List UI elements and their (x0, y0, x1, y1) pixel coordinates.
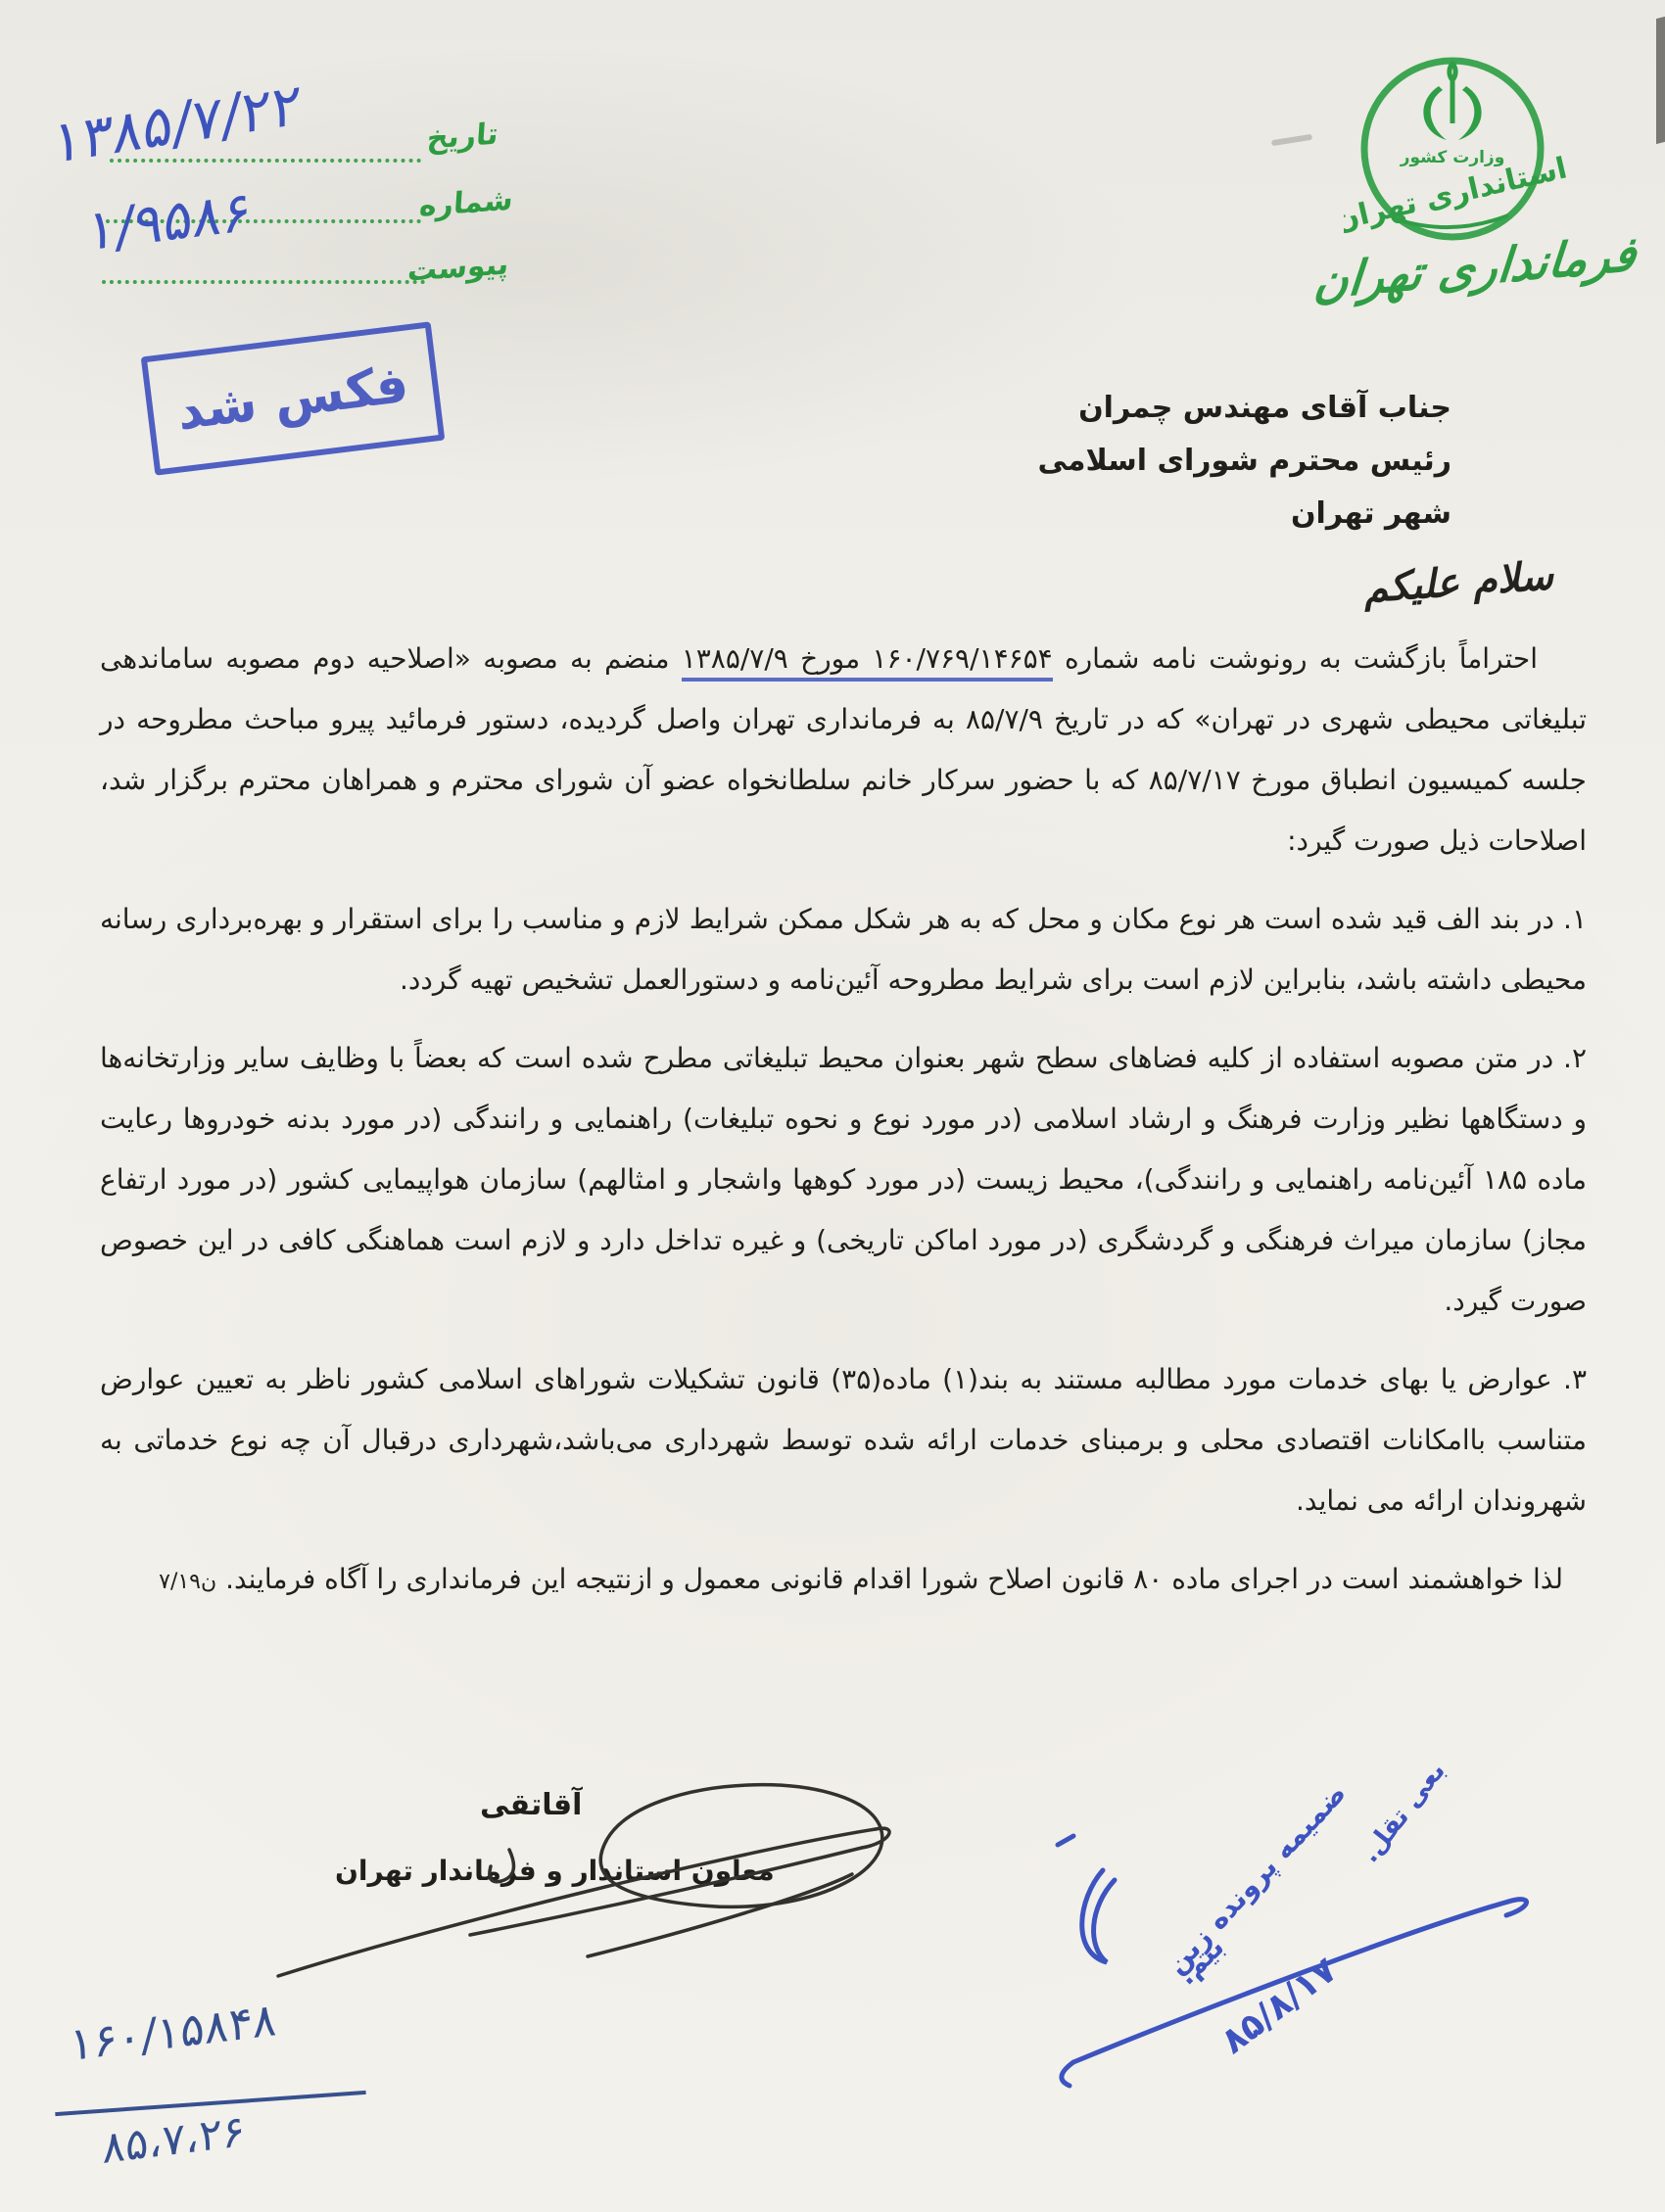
scan-smudge (1271, 134, 1312, 146)
closing-sentence: لذا خواهشمند است در اجرای ماده ۸۰ قانون … (225, 1563, 1563, 1595)
registry-date-handwritten: ۸۵،۷،۲۶ (102, 2106, 245, 2174)
handwritten-signature (262, 1755, 893, 1992)
handwritten-salutation: سلام علیکم (1362, 553, 1555, 611)
underlined-reference-number: ۱۶۰/۷۶۹/۱۴۶۵۴ مورخ ۱۳۸۵/۷/۹ (682, 642, 1053, 682)
handwritten-number-value: ۱/۹۵۸۶ (85, 179, 252, 263)
governorate-seal: وزارت کشور استانداری تهران (1344, 51, 1571, 255)
list-item-1: ۱. در بند الف قید شده است هر نوع مکان و … (100, 889, 1587, 1011)
scanned-letter-page: تاریخ شماره پیوست ۱۳۸۵/۷/۲۲ ۱/۹۵۸۶ فکس ش… (0, 0, 1665, 2212)
list-item-3: ۳. عوارض یا بهای خدمات مورد مطالبه مستند… (100, 1349, 1587, 1531)
iran-emblem-icon (1423, 64, 1481, 140)
scan-edge-artifact (1656, 17, 1665, 144)
registry-number-handwritten: ۱۶۰/۱۵۸۴۸ (69, 1993, 277, 2071)
list-item-2: ۲. در متن مصوبه استفاده از کلیه فضاهای س… (100, 1028, 1587, 1332)
seal-ministry-text: وزارت کشور (1400, 148, 1505, 167)
fax-stamp: فکس شد (141, 321, 446, 475)
number-field-label: شماره (418, 183, 514, 224)
attachment-field-dotted-line (102, 280, 425, 284)
opening-paragraph: احتراماً بازگشت به رونوشت نامه شماره ۱۶۰… (100, 629, 1587, 871)
opening-lead: احتراماً بازگشت به رونوشت نامه شماره (1053, 642, 1538, 675)
recipient-title: رئیس محترم شورای اسلامی شهر تهران (1036, 435, 1451, 541)
recipient-name: جناب آقای مهندس چمران (1036, 382, 1451, 435)
clerk-reference-mark: ن۷/۱۹ (159, 1570, 216, 1594)
recipient-block: جناب آقای مهندس چمران رئیس محترم شورای ا… (1036, 382, 1451, 541)
closing-paragraph: لذا خواهشمند است در اجرای ماده ۸۰ قانون … (100, 1549, 1587, 1613)
letter-body: احتراماً بازگشت به رونوشت نامه شماره ۱۶۰… (100, 629, 1587, 1630)
fax-stamp-text: فکس شد (174, 355, 412, 442)
date-field-label: تاریخ (426, 117, 499, 156)
